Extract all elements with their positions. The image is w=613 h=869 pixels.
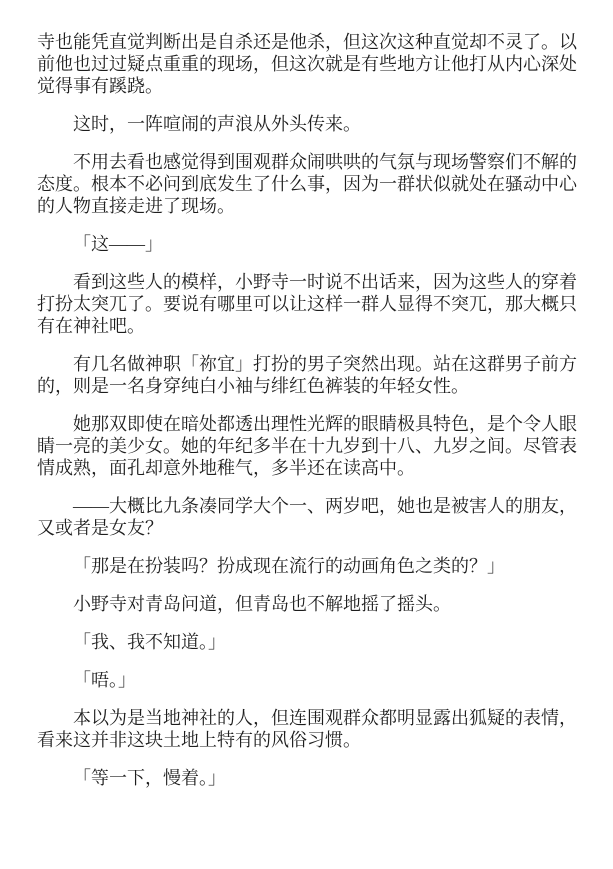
- document-page: 寺也能凭直觉判断出是自杀还是他杀，但这次这种直觉却不灵了。以前他也过过疑点重重的…: [0, 0, 613, 869]
- paragraph: 「等一下，慢着。」: [37, 767, 577, 789]
- paragraph: 她那双即使在暗处都透出理性光辉的眼睛极具特色，是个令人眼睛一亮的美少女。她的年纪…: [37, 413, 577, 479]
- paragraph: 有几名做神职「祢宜」打扮的男子突然出现。站在这群男子前方的，则是一名身穿纯白小袖…: [37, 353, 577, 397]
- paragraph: 「这——」: [37, 233, 577, 255]
- paragraph: 「我、我不知道。」: [37, 631, 577, 653]
- paragraph: ——大概比九条凑同学大个一、两岁吧，她也是被害人的朋友，又或者是女友？: [37, 495, 577, 539]
- paragraph: 「唔。」: [37, 669, 577, 691]
- paragraph: 这时，一阵喧闹的声浪从外头传来。: [37, 113, 577, 135]
- paragraph: 小野寺对青岛问道，但青岛也不解地摇了摇头。: [37, 593, 577, 615]
- text-column: 寺也能凭直觉判断出是自杀还是他杀，但这次这种直觉却不灵了。以前他也过过疑点重重的…: [37, 31, 577, 805]
- paragraph: 本以为是当地神社的人，但连围观群众都明显露出狐疑的表情，看来这并非这块土地上特有…: [37, 707, 577, 751]
- paragraph: 「那是在扮装吗？扮成现在流行的动画角色之类的？」: [37, 555, 577, 577]
- paragraph: 不用去看也感觉得到围观群众闹哄哄的气氛与现场警察们不解的态度。根本不必问到底发生…: [37, 151, 577, 217]
- paragraph: 寺也能凭直觉判断出是自杀还是他杀，但这次这种直觉却不灵了。以前他也过过疑点重重的…: [37, 31, 577, 97]
- paragraph: 看到这些人的模样，小野寺一时说不出话来，因为这些人的穿着打扮太突兀了。要说有哪里…: [37, 271, 577, 337]
